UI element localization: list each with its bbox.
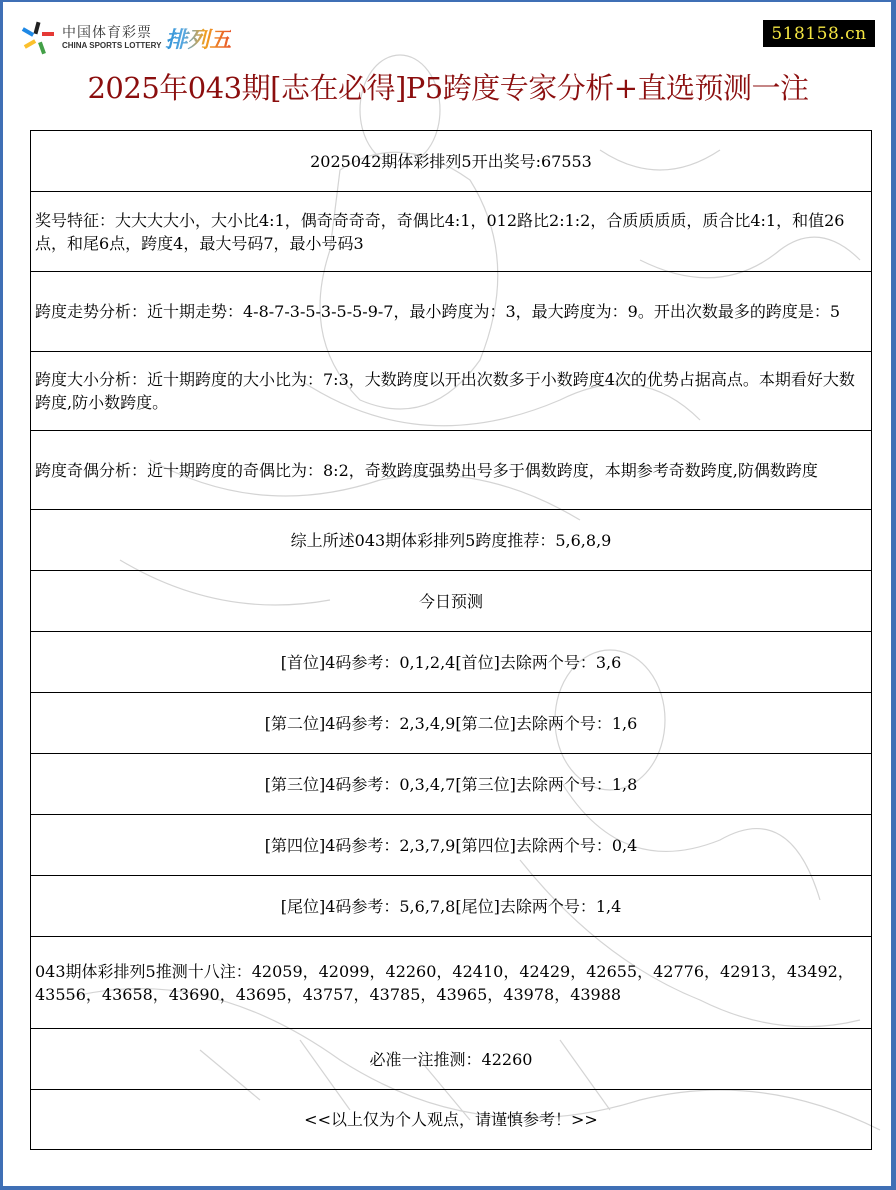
table-row: [第二位]4码参考：2,3,4,9[第二位]去除两个号：1,6 — [31, 693, 872, 754]
position-1-cell: [首位]4码参考：0,1,2,4[首位]去除两个号：3,6 — [31, 632, 872, 693]
table-row: 043期体彩排列5推测十八注：42059，42099，42260，42410，4… — [31, 937, 872, 1029]
span-parity-cell: 跨度奇偶分析：近十期跨度的奇偶比为：8:2，奇数跨度强势出号多于偶数跨度，本期参… — [31, 431, 872, 510]
table-row: 2025042期体彩排列5开出奖号:67553 — [31, 131, 872, 192]
draw-result-cell: 2025042期体彩排列5开出奖号:67553 — [31, 131, 872, 192]
span-recommendation-cell: 综上所述043期体彩排列5跨度推荐：5,6,8,9 — [31, 510, 872, 571]
position-3-cell: [第三位]4码参考：0,3,4,7[第三位]去除两个号：1,8 — [31, 754, 872, 815]
today-prediction-heading: 今日预测 — [31, 571, 872, 632]
table-row: 今日预测 — [31, 571, 872, 632]
table-row: 跨度奇偶分析：近十期跨度的奇偶比为：8:2，奇数跨度强势出号多于偶数跨度，本期参… — [31, 431, 872, 510]
page-title: 2025年043期[志在必得]P5跨度专家分析+直选预测一注 — [0, 66, 896, 110]
logo-english-text: CHINA SPORTS LOTTERY — [62, 41, 161, 51]
span-size-cell: 跨度大小分析：近十期跨度的大小比为：7:3，大数跨度以开出次数多于小数跨度4次的… — [31, 352, 872, 431]
position-4-cell: [第四位]4码参考：2,3,7,9[第四位]去除两个号：0,4 — [31, 815, 872, 876]
span-trend-cell: 跨度走势分析：近十期走势：4-8-7-3-5-3-5-5-9-7，最小跨度为：3… — [31, 272, 872, 352]
table-row: 跨度走势分析：近十期走势：4-8-7-3-5-3-5-5-9-7，最小跨度为：3… — [31, 272, 872, 352]
table-row: 综上所述043期体彩排列5跨度推荐：5,6,8,9 — [31, 510, 872, 571]
table-row: [首位]4码参考：0,1,2,4[首位]去除两个号：3,6 — [31, 632, 872, 693]
table-row: 奖号特征：大大大大小，大小比4:1，偶奇奇奇奇，奇偶比4:1，012路比2:1:… — [31, 192, 872, 272]
lottery-star-icon — [20, 20, 56, 56]
single-pick-cell: 必准一注推测：42260 — [31, 1029, 872, 1090]
number-features-cell: 奖号特征：大大大大小，大小比4:1，偶奇奇奇奇，奇偶比4:1，012路比2:1:… — [31, 192, 872, 272]
position-5-cell: [尾位]4码参考：5,6,7,8[尾位]去除两个号：1,4 — [31, 876, 872, 937]
pailie5-logo-text: 排列五 — [165, 23, 231, 54]
table-row: 必准一注推测：42260 — [31, 1029, 872, 1090]
table-row: 跨度大小分析：近十期跨度的大小比为：7:3，大数跨度以开出次数多于小数跨度4次的… — [31, 352, 872, 431]
table-row: [第四位]4码参考：2,3,7,9[第四位]去除两个号：0,4 — [31, 815, 872, 876]
disclaimer-cell: <<以上仅为个人观点，请谨慎参考！>> — [31, 1090, 872, 1150]
china-sports-lottery-logo: 中国体育彩票 CHINA SPORTS LOTTERY 排列五 — [20, 18, 231, 58]
analysis-table: 2025042期体彩排列5开出奖号:67553 奖号特征：大大大大小，大小比4:… — [30, 130, 872, 1150]
site-domain-badge[interactable]: 518158.cn — [763, 20, 875, 47]
table-row: [第三位]4码参考：0,3,4,7[第三位]去除两个号：1,8 — [31, 754, 872, 815]
position-2-cell: [第二位]4码参考：2,3,4,9[第二位]去除两个号：1,6 — [31, 693, 872, 754]
table-row: [尾位]4码参考：5,6,7,8[尾位]去除两个号：1,4 — [31, 876, 872, 937]
eighteen-picks-cell: 043期体彩排列5推测十八注：42059，42099，42260，42410，4… — [31, 937, 872, 1029]
table-row: <<以上仅为个人观点，请谨慎参考！>> — [31, 1090, 872, 1150]
logo-chinese-text: 中国体育彩票 — [62, 25, 161, 41]
